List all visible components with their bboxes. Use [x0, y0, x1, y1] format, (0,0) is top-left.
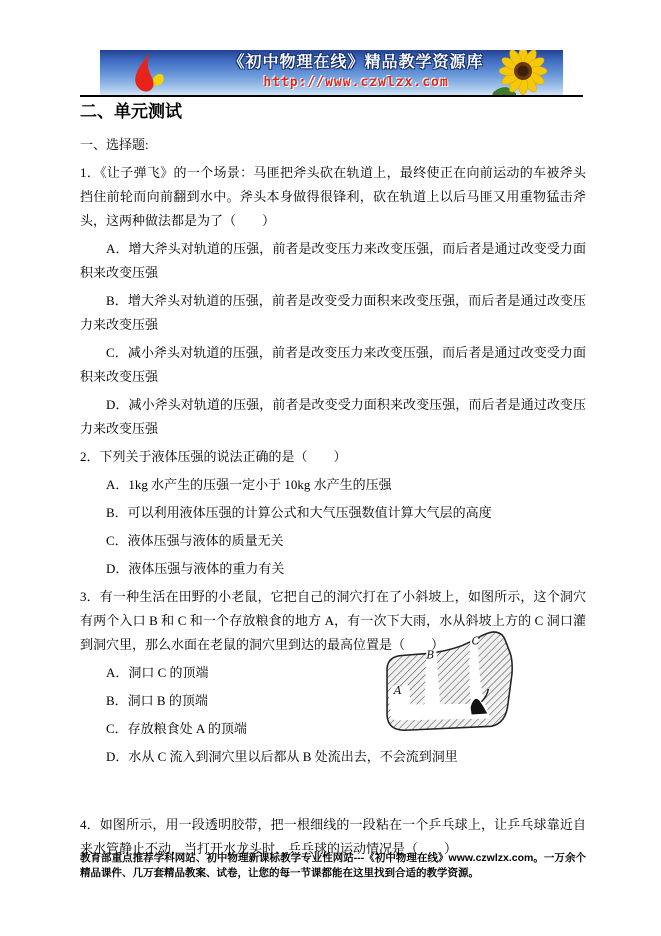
option-item: D．减小斧头对轨道的压强，前者是改变受力面积来改变压强，而后者是通过改变压力来改…	[80, 393, 586, 441]
blank-space	[80, 773, 586, 813]
option-item: A．1kg 水产生的压强一定小于 10kg 水产生的压强	[80, 473, 586, 497]
document-body: 二、单元测试 一、选择题: 1．《让子弹飞》的一个场景：马匪把斧头砍在轨道上，最…	[80, 101, 586, 865]
figure-label-a: A	[393, 684, 402, 697]
option-item: C．液体压强与液体的质量无关	[80, 529, 586, 553]
option-item: C．减小斧头对轨道的压强，前者是改变压力来改变压强，而后者是通过改变受力面积来改…	[80, 341, 586, 389]
option-item: D．水从 C 流入到洞穴里以后都从 B 处流出去，不会流到洞里	[80, 745, 586, 769]
option-item: D．液体压强与液体的重力有关	[80, 557, 586, 581]
header-divider	[80, 95, 583, 97]
option-item: A．增大斧头对轨道的压强，前者是改变压力来改变压强，而后者是通过改变受力面积来改…	[80, 237, 586, 285]
document-page: 《初中物理在线》精品教学资源库 http://www.czwlzx.com	[0, 0, 661, 936]
header-banner-image: 《初中物理在线》精品教学资源库 http://www.czwlzx.com	[100, 50, 563, 97]
section-title: 二、单元测试	[80, 101, 586, 123]
banner-title: 《初中物理在线》精品教学资源库	[196, 52, 516, 74]
question-1: 1．《让子弹飞》的一个场景：马匪把斧头砍在轨道上，最终使正在向前运动的车被斧头挡…	[80, 161, 586, 441]
option-item: B．增大斧头对轨道的压强，前者是改变受力面积来改变压强，而后者是通过改变压力来改…	[80, 289, 586, 337]
question-text: 1．《让子弹飞》的一个场景：马匪把斧头砍在轨道上，最终使正在向前运动的车被斧头挡…	[80, 161, 586, 233]
figure-label-b: B	[425, 648, 434, 661]
option-item: B．可以利用液体压强的计算公式和大气压强数值计算大气层的高度	[80, 501, 586, 525]
subsection-title: 一、选择题:	[80, 133, 586, 157]
question-3: A B C 3．有一种生活在田野的小老鼠，它把自己的洞穴打在了小斜坡上，如图所示…	[80, 585, 586, 769]
figure-label-c: C	[472, 635, 481, 648]
footer-promo-text: 教育部重点推荐学科网站、初中物理新课标教学专业性网站---《初中物理在线》www…	[80, 851, 586, 881]
question-text: 2．下列关于液体压强的说法正确的是（ ）	[80, 445, 586, 469]
sunflower-icon	[489, 50, 551, 97]
question-2: 2．下列关于液体压强的说法正确的是（ ） A．1kg 水产生的压强一定小于 10…	[80, 445, 586, 581]
physics-online-logo-icon	[128, 52, 168, 97]
mouse-burrow-figure: A B C	[374, 627, 524, 745]
banner-url-link[interactable]: http://www.czwlzx.com	[196, 74, 516, 92]
